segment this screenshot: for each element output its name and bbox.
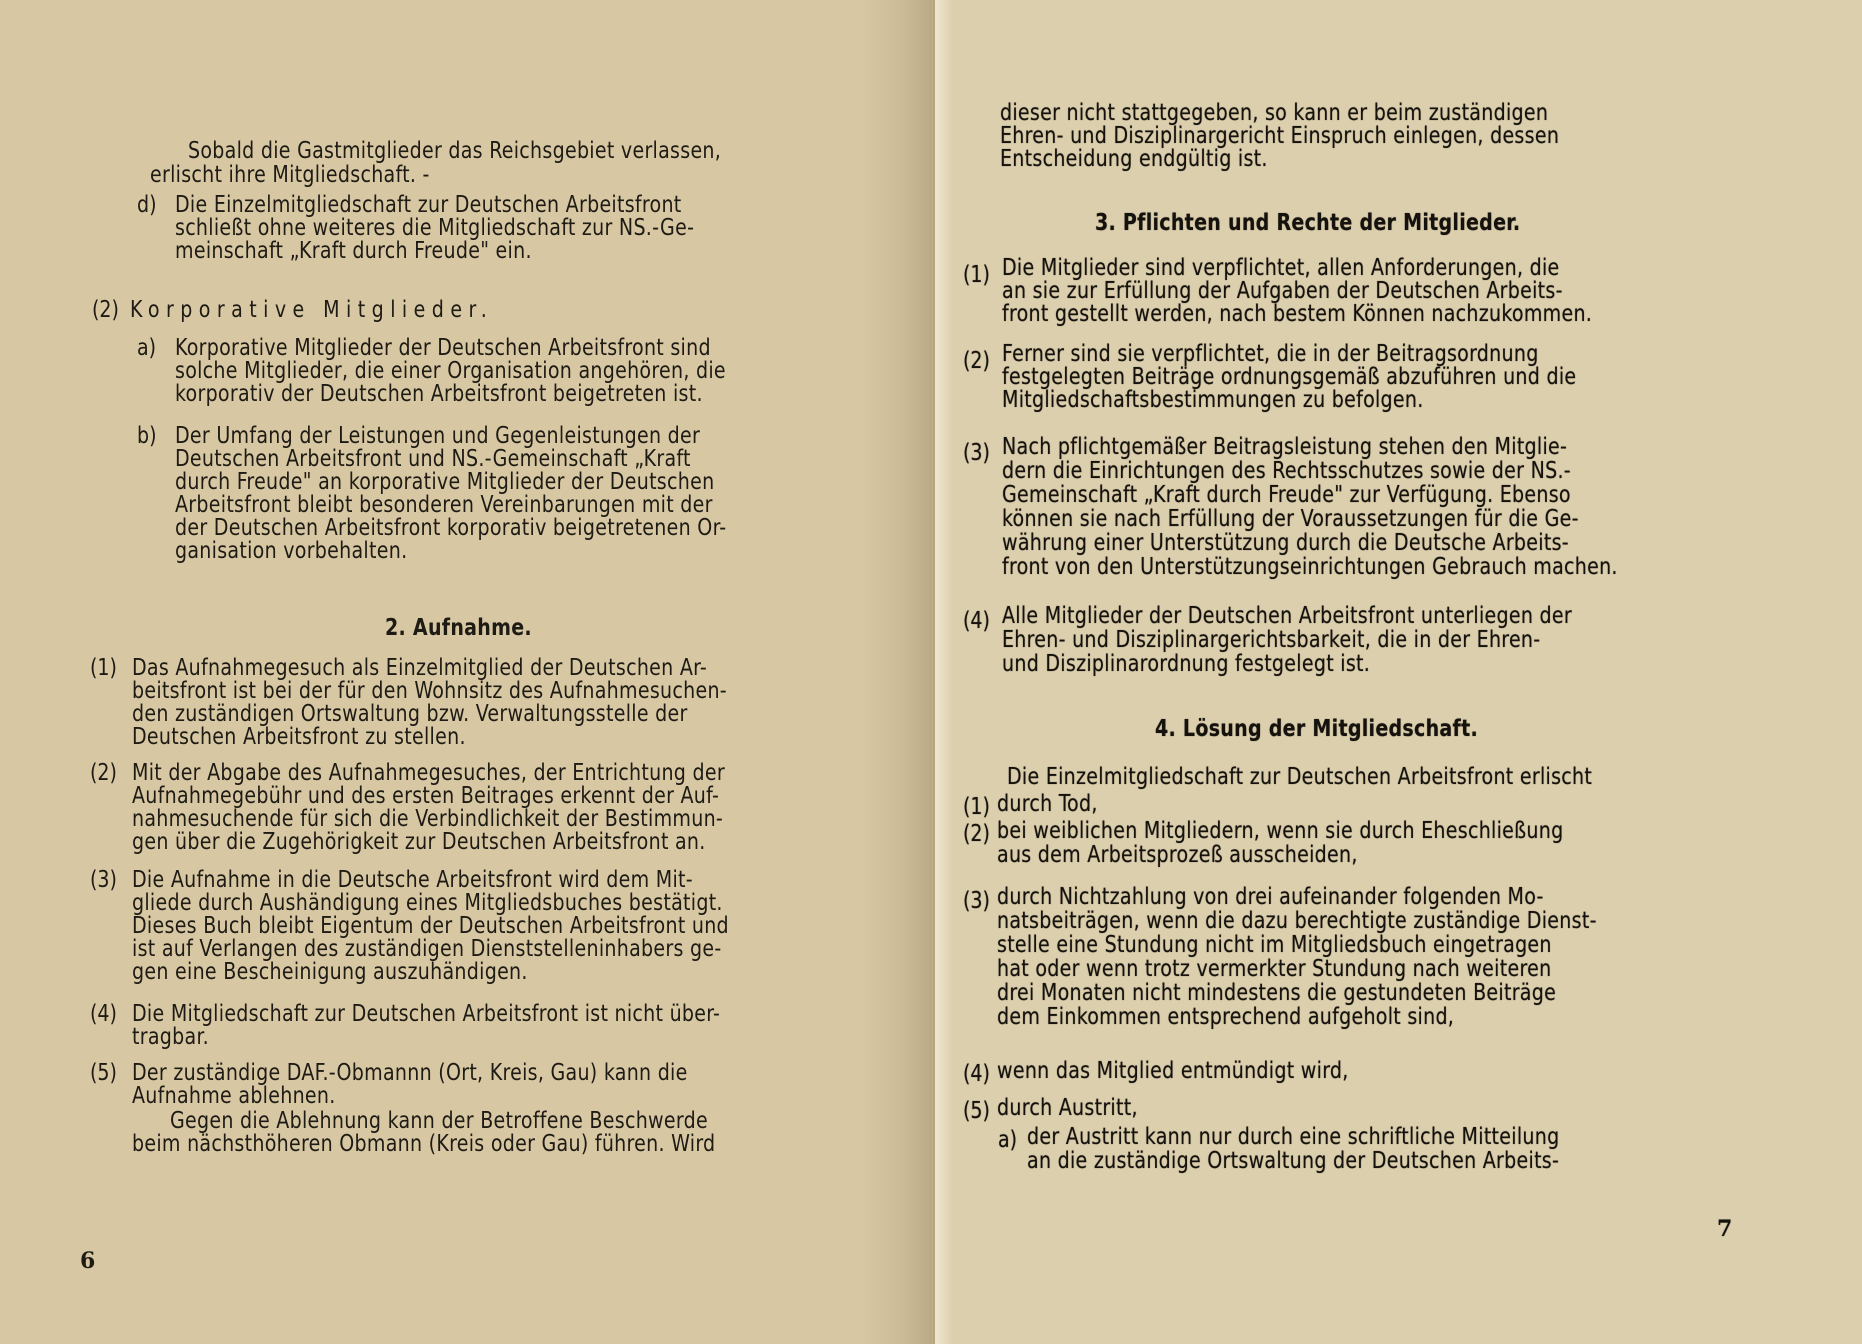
list-marker: (2) [90, 760, 117, 786]
text-line: Nach pflichtgemäßer Beitragsleistung ste… [1002, 434, 1567, 460]
text-line: drei Monaten nicht mindestens die gestun… [997, 980, 1556, 1006]
text-line: Sobald die Gastmitglieder das Reichsgebi… [188, 138, 721, 164]
list-marker: (2) [963, 348, 990, 374]
text-line: dern die Einrichtungen des Rechtsschutze… [1002, 458, 1571, 484]
text-line: ganisation vorbehalten. [175, 538, 407, 564]
text-line: natsbeiträgen, wenn die dazu berechtigte… [997, 908, 1597, 934]
list-marker: d) [137, 192, 157, 218]
text-line: dem Einkommen entsprechend aufgeholt sin… [997, 1004, 1454, 1030]
left-page: Sobald die Gastmitglieder das Reichsgebi… [0, 0, 935, 1344]
list-marker: a) [998, 1127, 1017, 1153]
text-line: wenn das Mitglied entmündigt wird, [997, 1058, 1349, 1084]
list-marker: (4) [90, 1001, 117, 1027]
section-heading: 2. Aufnahme. [385, 615, 532, 641]
text-line: durch Tod, [997, 791, 1098, 817]
list-marker: (3) [963, 888, 990, 914]
list-marker: (4) [963, 608, 990, 634]
list-marker: (4) [963, 1061, 990, 1087]
section-heading: 3. Pflichten und Rechte der Mitglieder. [1095, 210, 1520, 236]
page-number: 6 [80, 1248, 95, 1274]
text-line: front gestellt werden, nach bestem Könne… [1002, 301, 1592, 327]
text-line: an die zuständige Ortswaltung der Deutsc… [1027, 1148, 1559, 1174]
right-page: dieser nicht stattgegeben, so kann er be… [935, 0, 1862, 1344]
text-line: korporativ der Deutschen Arbeitsfront be… [175, 381, 703, 407]
list-marker: (5) [90, 1060, 117, 1086]
text-line: Aufnahme ablehnen. [132, 1083, 336, 1109]
text-line: gen eine Bescheinigung auszuhändigen. [132, 959, 528, 985]
text-line: meinschaft „Kraft durch Freude" ein. [175, 238, 532, 264]
text-line: Gemeinschaft „Kraft durch Freude" zur Ve… [1002, 482, 1571, 508]
list-marker: (2) [92, 297, 119, 323]
list-marker: b) [137, 423, 157, 449]
text-line: durch Nichtzahlung von drei aufeinander … [997, 884, 1544, 910]
list-marker: a) [137, 335, 156, 361]
text-line: Deutschen Arbeitsfront zu stellen. [132, 724, 466, 750]
text-line: Entscheidung endgültig ist. [1000, 146, 1268, 172]
text-line: gen über die Zugehörigkeit zur Deutschen… [132, 829, 706, 855]
text-line: Mitgliedschaftsbestimmungen zu befolgen. [1002, 387, 1424, 413]
list-marker: (3) [90, 867, 117, 893]
list-marker: (3) [963, 440, 990, 466]
text-line: stelle eine Stundung nicht im Mitgliedsb… [997, 932, 1552, 958]
text-line: front von den Unterstützungseinrichtunge… [1002, 554, 1618, 580]
text-line: tragbar. [132, 1024, 209, 1050]
text-line: Die Mitgliedschaft zur Deutschen Arbeits… [132, 1001, 720, 1027]
text-line: Ehren- und Disziplinargerichtsbarkeit, d… [1002, 627, 1540, 653]
text-line: und Disziplinarordnung festgelegt ist. [1002, 651, 1370, 677]
text-line: hat oder wenn trotz vermerkter Stundung … [997, 956, 1551, 982]
list-marker: (2) [963, 821, 990, 847]
subsection-heading: Korporative Mitglieder. [130, 297, 493, 323]
list-marker: (1) [90, 655, 117, 681]
text-line: währung einer Unterstützung durch die De… [1002, 530, 1569, 556]
section-heading: 4. Lösung der Mitgliedschaft. [1155, 716, 1478, 742]
text-line: beim nächsthöheren Obmann (Kreis oder Ga… [132, 1131, 715, 1157]
text-line: aus dem Arbeitsprozeß ausscheiden, [997, 842, 1358, 868]
text-line: bei weiblichen Mitgliedern, wenn sie dur… [997, 818, 1563, 844]
text-line: Die Einzelmitgliedschaft zur Deutschen A… [1007, 764, 1592, 790]
text-line: der Austritt kann nur durch eine schrift… [1027, 1124, 1559, 1150]
text-line: durch Austritt, [997, 1095, 1138, 1121]
text-line: Alle Mitglieder der Deutschen Arbeitsfro… [1002, 603, 1572, 629]
list-marker: (1) [963, 794, 990, 820]
page-number: 7 [1717, 1216, 1732, 1242]
list-marker: (5) [963, 1098, 990, 1124]
text-line: erlischt ihre Mitgliedschaft. - [150, 162, 430, 188]
text-line: können sie nach Erfüllung der Voraussetz… [1002, 506, 1579, 532]
list-marker: (1) [963, 262, 990, 288]
